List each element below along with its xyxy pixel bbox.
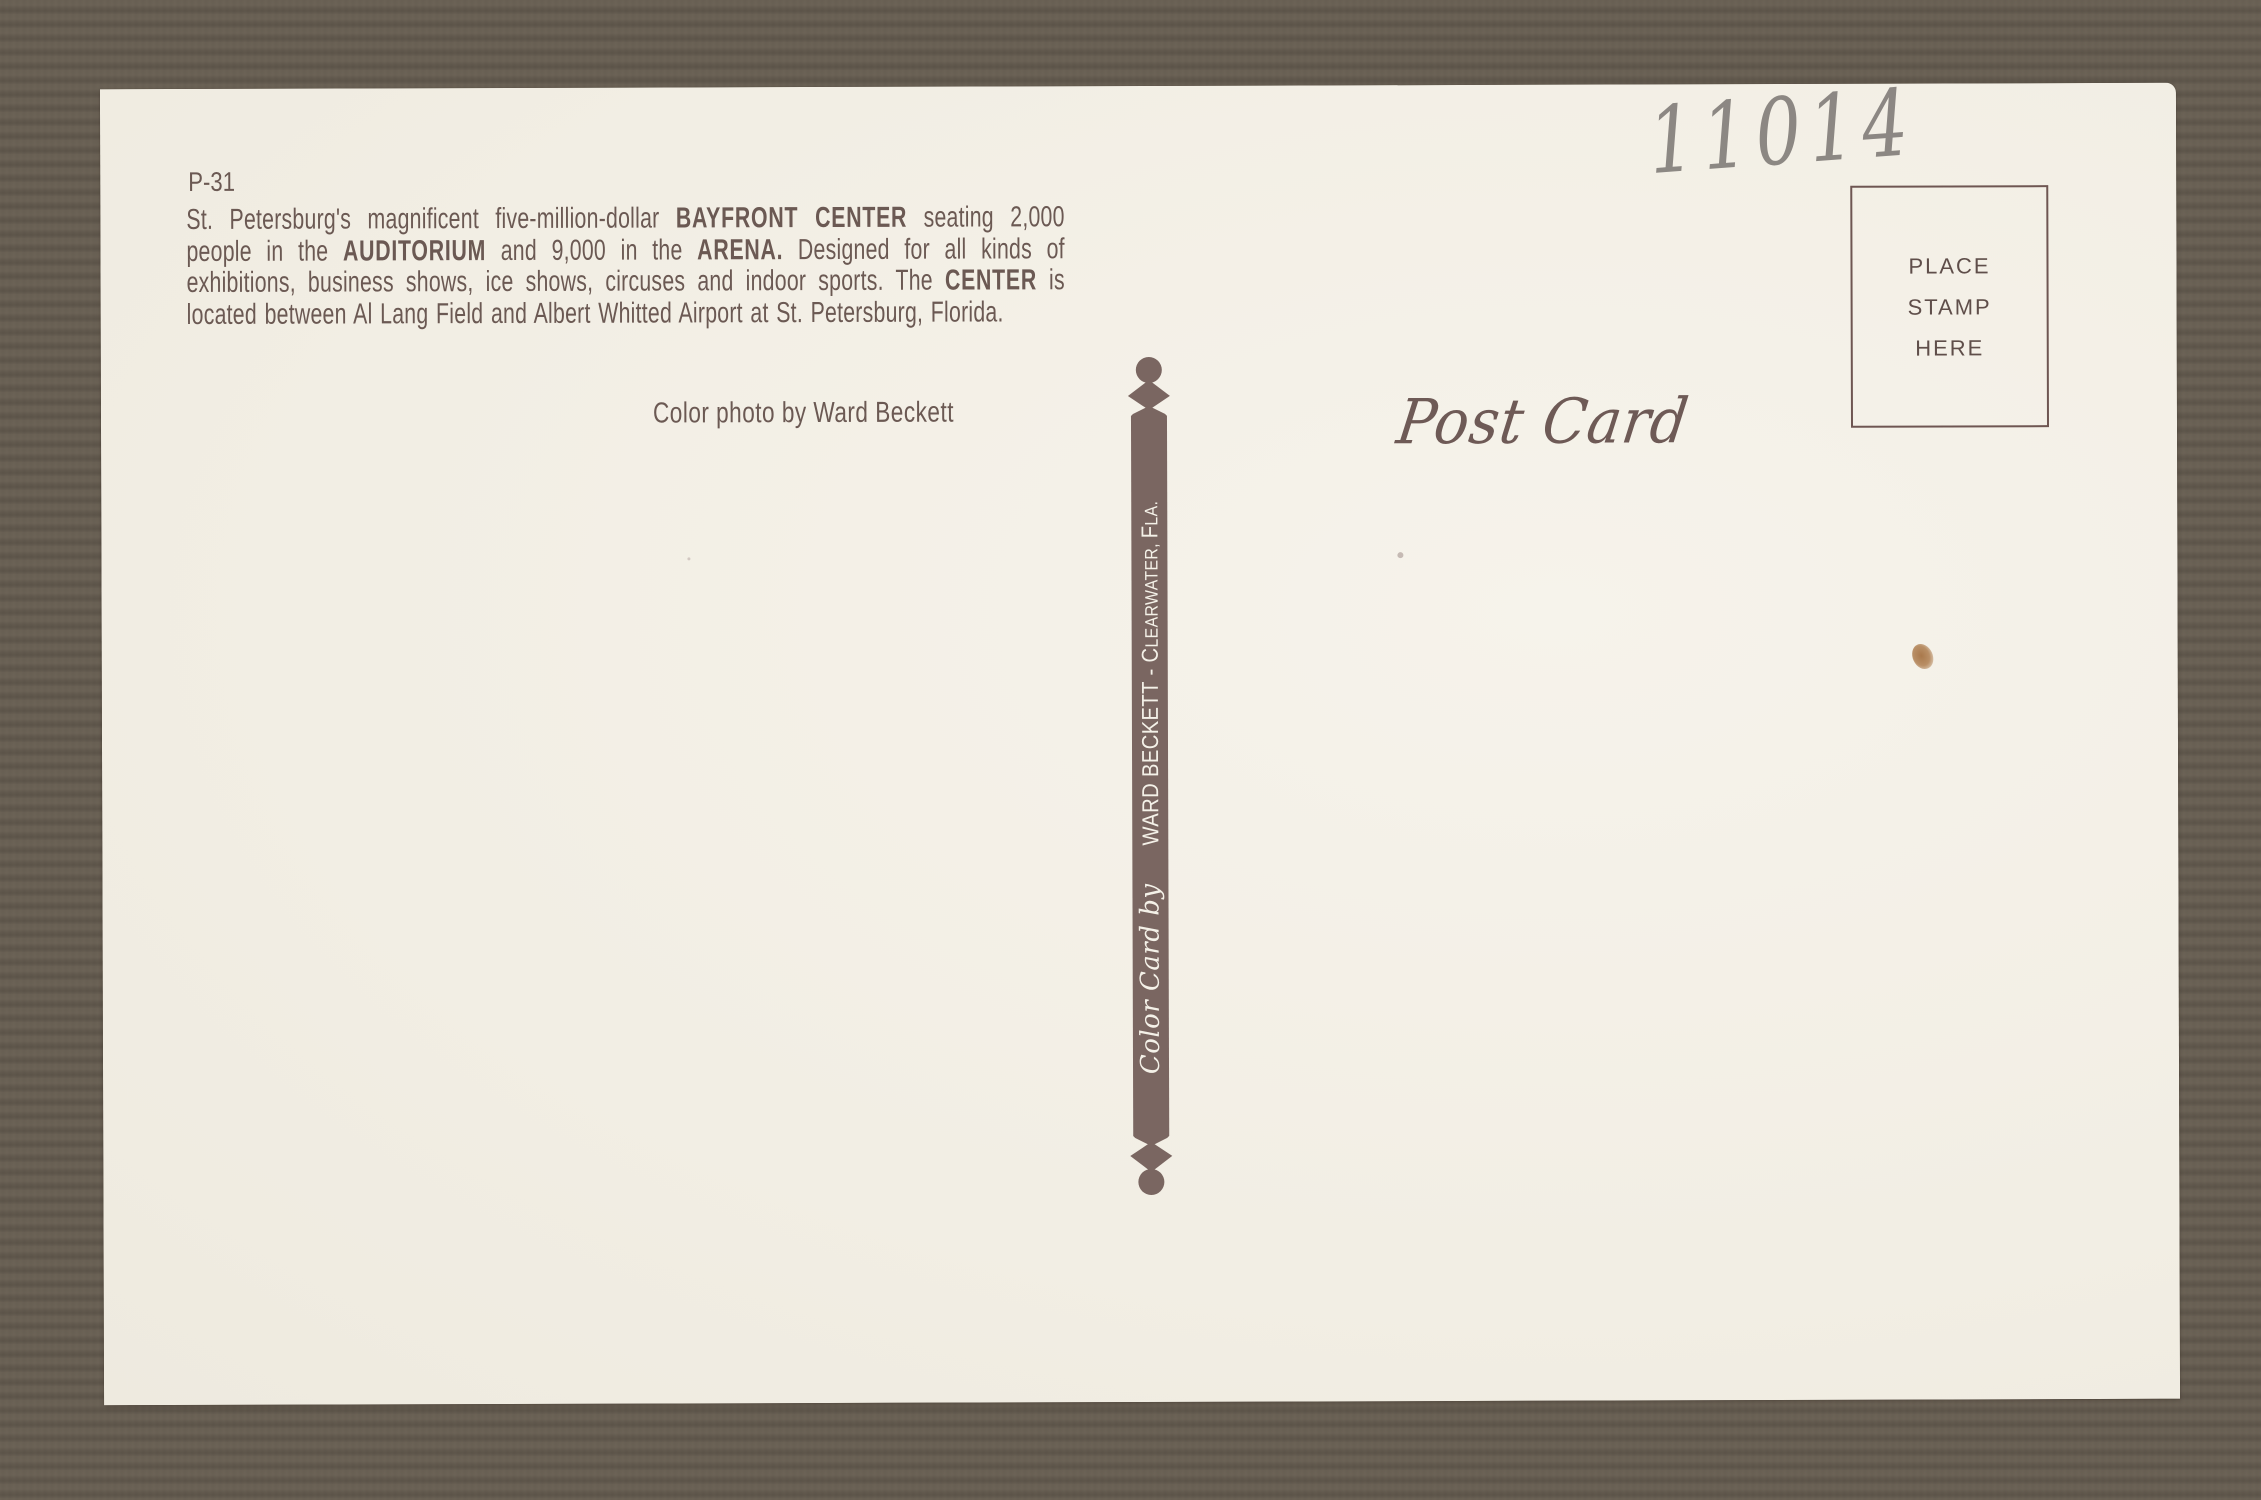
- desc-bold: BAYFRONT CENTER: [676, 202, 907, 235]
- location-rest: LEARWATER,: [1141, 539, 1161, 648]
- handwritten-number: 11014: [1645, 69, 1919, 195]
- postcard-title: Post Card: [1393, 384, 1693, 458]
- imprint-separator: -: [1136, 663, 1162, 682]
- publisher-imprint: Color Card by WARD BECKETT - CLEARWATER,…: [1131, 436, 1169, 1116]
- stamp-line-here: HERE: [1915, 331, 1984, 364]
- desc-text: and 9,000 in the: [486, 234, 697, 267]
- location-initial: C: [1136, 648, 1162, 663]
- desc-text: St. Petersburg's magnificent five-millio…: [186, 202, 676, 236]
- stamp-line-place: PLACE: [1908, 249, 1990, 282]
- state-initial: F: [1136, 526, 1162, 539]
- speck: [687, 557, 690, 560]
- stamp-line-stamp: STAMP: [1907, 290, 1991, 323]
- desc-bold: AUDITORIUM: [343, 235, 486, 267]
- postcard-description: St. Petersburg's magnificent five-millio…: [186, 202, 1065, 331]
- state-rest: LA.: [1141, 501, 1161, 526]
- desc-bold: ARENA.: [697, 234, 783, 266]
- stamp-box: PLACE STAMP HERE: [1850, 185, 2049, 428]
- postcard-back: P-31 St. Petersburg's magnificent five-m…: [100, 83, 2180, 1406]
- photo-credit: Color photo by Ward Beckett: [653, 397, 954, 431]
- publisher-name: WARD BECKETT: [1136, 682, 1163, 846]
- stain-spot: [1908, 641, 1937, 673]
- imprint-script: Color Card by: [1135, 883, 1166, 1074]
- center-divider: Color Card by WARD BECKETT - CLEARWATER,…: [1127, 356, 1174, 1196]
- speck: [1397, 552, 1403, 558]
- desc-bold: CENTER: [945, 265, 1037, 297]
- imprint-publisher: WARD BECKETT - CLEARWATER, FLA.: [1136, 501, 1164, 846]
- postcard-code: P-31: [188, 167, 235, 198]
